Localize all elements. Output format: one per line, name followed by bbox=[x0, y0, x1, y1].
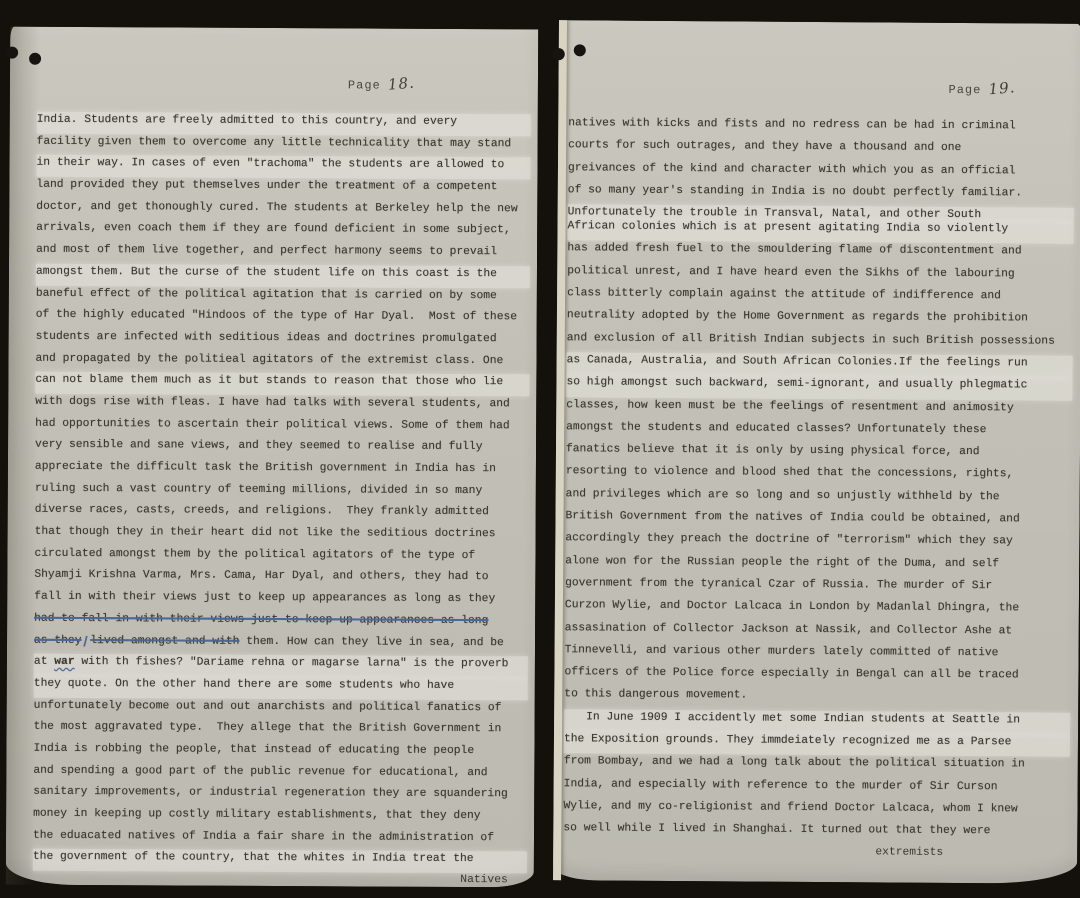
text-line: had opportunities to ascertain their pol… bbox=[35, 415, 529, 439]
catchword: extremists bbox=[875, 846, 943, 858]
text-line: very sensible and sane views, and they s… bbox=[35, 437, 529, 461]
text-line: had to fall in with their views just to … bbox=[34, 611, 528, 635]
punch-hole bbox=[553, 48, 565, 60]
text-line: land provided they put themselves under … bbox=[36, 177, 530, 201]
text-segment: with th fishes? "Dariame rehna or magars… bbox=[75, 656, 509, 670]
text-line: ruling such a vast country of teeming mi… bbox=[35, 480, 529, 504]
text-line: appreciate the difficult task the Britis… bbox=[35, 459, 529, 483]
struck-text: had to fall in with their views just to … bbox=[34, 613, 488, 627]
page-header-label: Page bbox=[348, 78, 381, 92]
text-line: so well while I lived in Shanghai. It tu… bbox=[563, 820, 1069, 846]
text-line: baneful effect of the political agitatio… bbox=[36, 285, 530, 309]
text-line: sanitary improvements, or industrial reg… bbox=[33, 784, 527, 808]
text-line: and spending a good part of the public r… bbox=[33, 762, 527, 786]
text-line: the government of the country, that the … bbox=[33, 849, 527, 873]
text-segment: them. How can they live in sea, and be bbox=[239, 635, 503, 648]
page-header: Page18. bbox=[348, 74, 415, 92]
page-19: Page19. natives with kicks and fists and… bbox=[553, 20, 1080, 884]
text-line: amongst them. But the curse of the stude… bbox=[36, 264, 530, 288]
page-header-label: Page bbox=[948, 83, 981, 97]
punch-hole bbox=[6, 47, 18, 59]
page-number-handwritten: 18. bbox=[387, 74, 415, 94]
text-segment: war bbox=[54, 656, 74, 668]
text-line: fall in with their views just to keep up… bbox=[34, 589, 528, 613]
text-line: India. Students are freely admitted to t… bbox=[37, 112, 531, 136]
text-line: they quote. On the other hand there are … bbox=[34, 676, 528, 700]
text-line: circulated amongst them by the political… bbox=[34, 546, 528, 570]
text-line: and most of them live together, and perf… bbox=[36, 242, 530, 266]
struck-text: as they bbox=[34, 634, 82, 646]
document-scan: Page18. India. Students are freely admit… bbox=[0, 0, 1080, 898]
page-18: Page18. India. Students are freely admit… bbox=[6, 27, 538, 888]
text-line: students are infected with seditious ide… bbox=[36, 329, 530, 353]
punch-hole bbox=[29, 53, 41, 65]
text-line: the most aggravated type. They allege th… bbox=[34, 719, 528, 743]
text-line: money in keeping up costly military esta… bbox=[33, 806, 527, 830]
page-header: Page19. bbox=[948, 79, 1015, 97]
text-line: can not blame them much as it but stands… bbox=[35, 372, 529, 396]
text-line: at war with th fishes? "Dariame rehna or… bbox=[34, 654, 528, 678]
text-line: with dogs rise with fleas. I have had ta… bbox=[35, 394, 529, 418]
text-line: Shyamji Krishna Varma, Mrs. Cama, Har Dy… bbox=[34, 567, 528, 591]
text-line: the eduacated natives of India a fair sh… bbox=[33, 827, 527, 851]
punch-hole bbox=[574, 44, 586, 56]
text-line: unfortunately become out and out anarchi… bbox=[34, 697, 528, 721]
struck-text: lived amongst and with bbox=[90, 635, 239, 648]
text-line: and propagated by the politieal agitator… bbox=[35, 350, 529, 374]
catchword: Natives bbox=[460, 874, 508, 886]
text-line: as they|lived amongst and with them. How… bbox=[34, 632, 528, 656]
text-line: of the highly educated "Hindoos of the t… bbox=[36, 307, 530, 331]
text-line: diverse races, casts, creeds, and religi… bbox=[35, 502, 529, 526]
text-line: facility given them to overcome any litt… bbox=[37, 133, 531, 157]
page-body: India. Students are freely admitted to t… bbox=[33, 112, 531, 874]
text-segment: at bbox=[34, 656, 54, 668]
text-line: in their way. In cases of even "trachoma… bbox=[36, 155, 530, 179]
text-line: arrivals, even coach them if they are fo… bbox=[36, 220, 530, 244]
page-number-handwritten: 19. bbox=[988, 78, 1016, 98]
page-body: natives with kicks and fists and no redr… bbox=[563, 115, 1074, 846]
text-line: that though they in their heart did not … bbox=[35, 524, 529, 548]
text-line: doctor, and get thonoughly cured. The st… bbox=[36, 199, 530, 223]
text-line: India is robbing the people, that instea… bbox=[33, 741, 527, 765]
